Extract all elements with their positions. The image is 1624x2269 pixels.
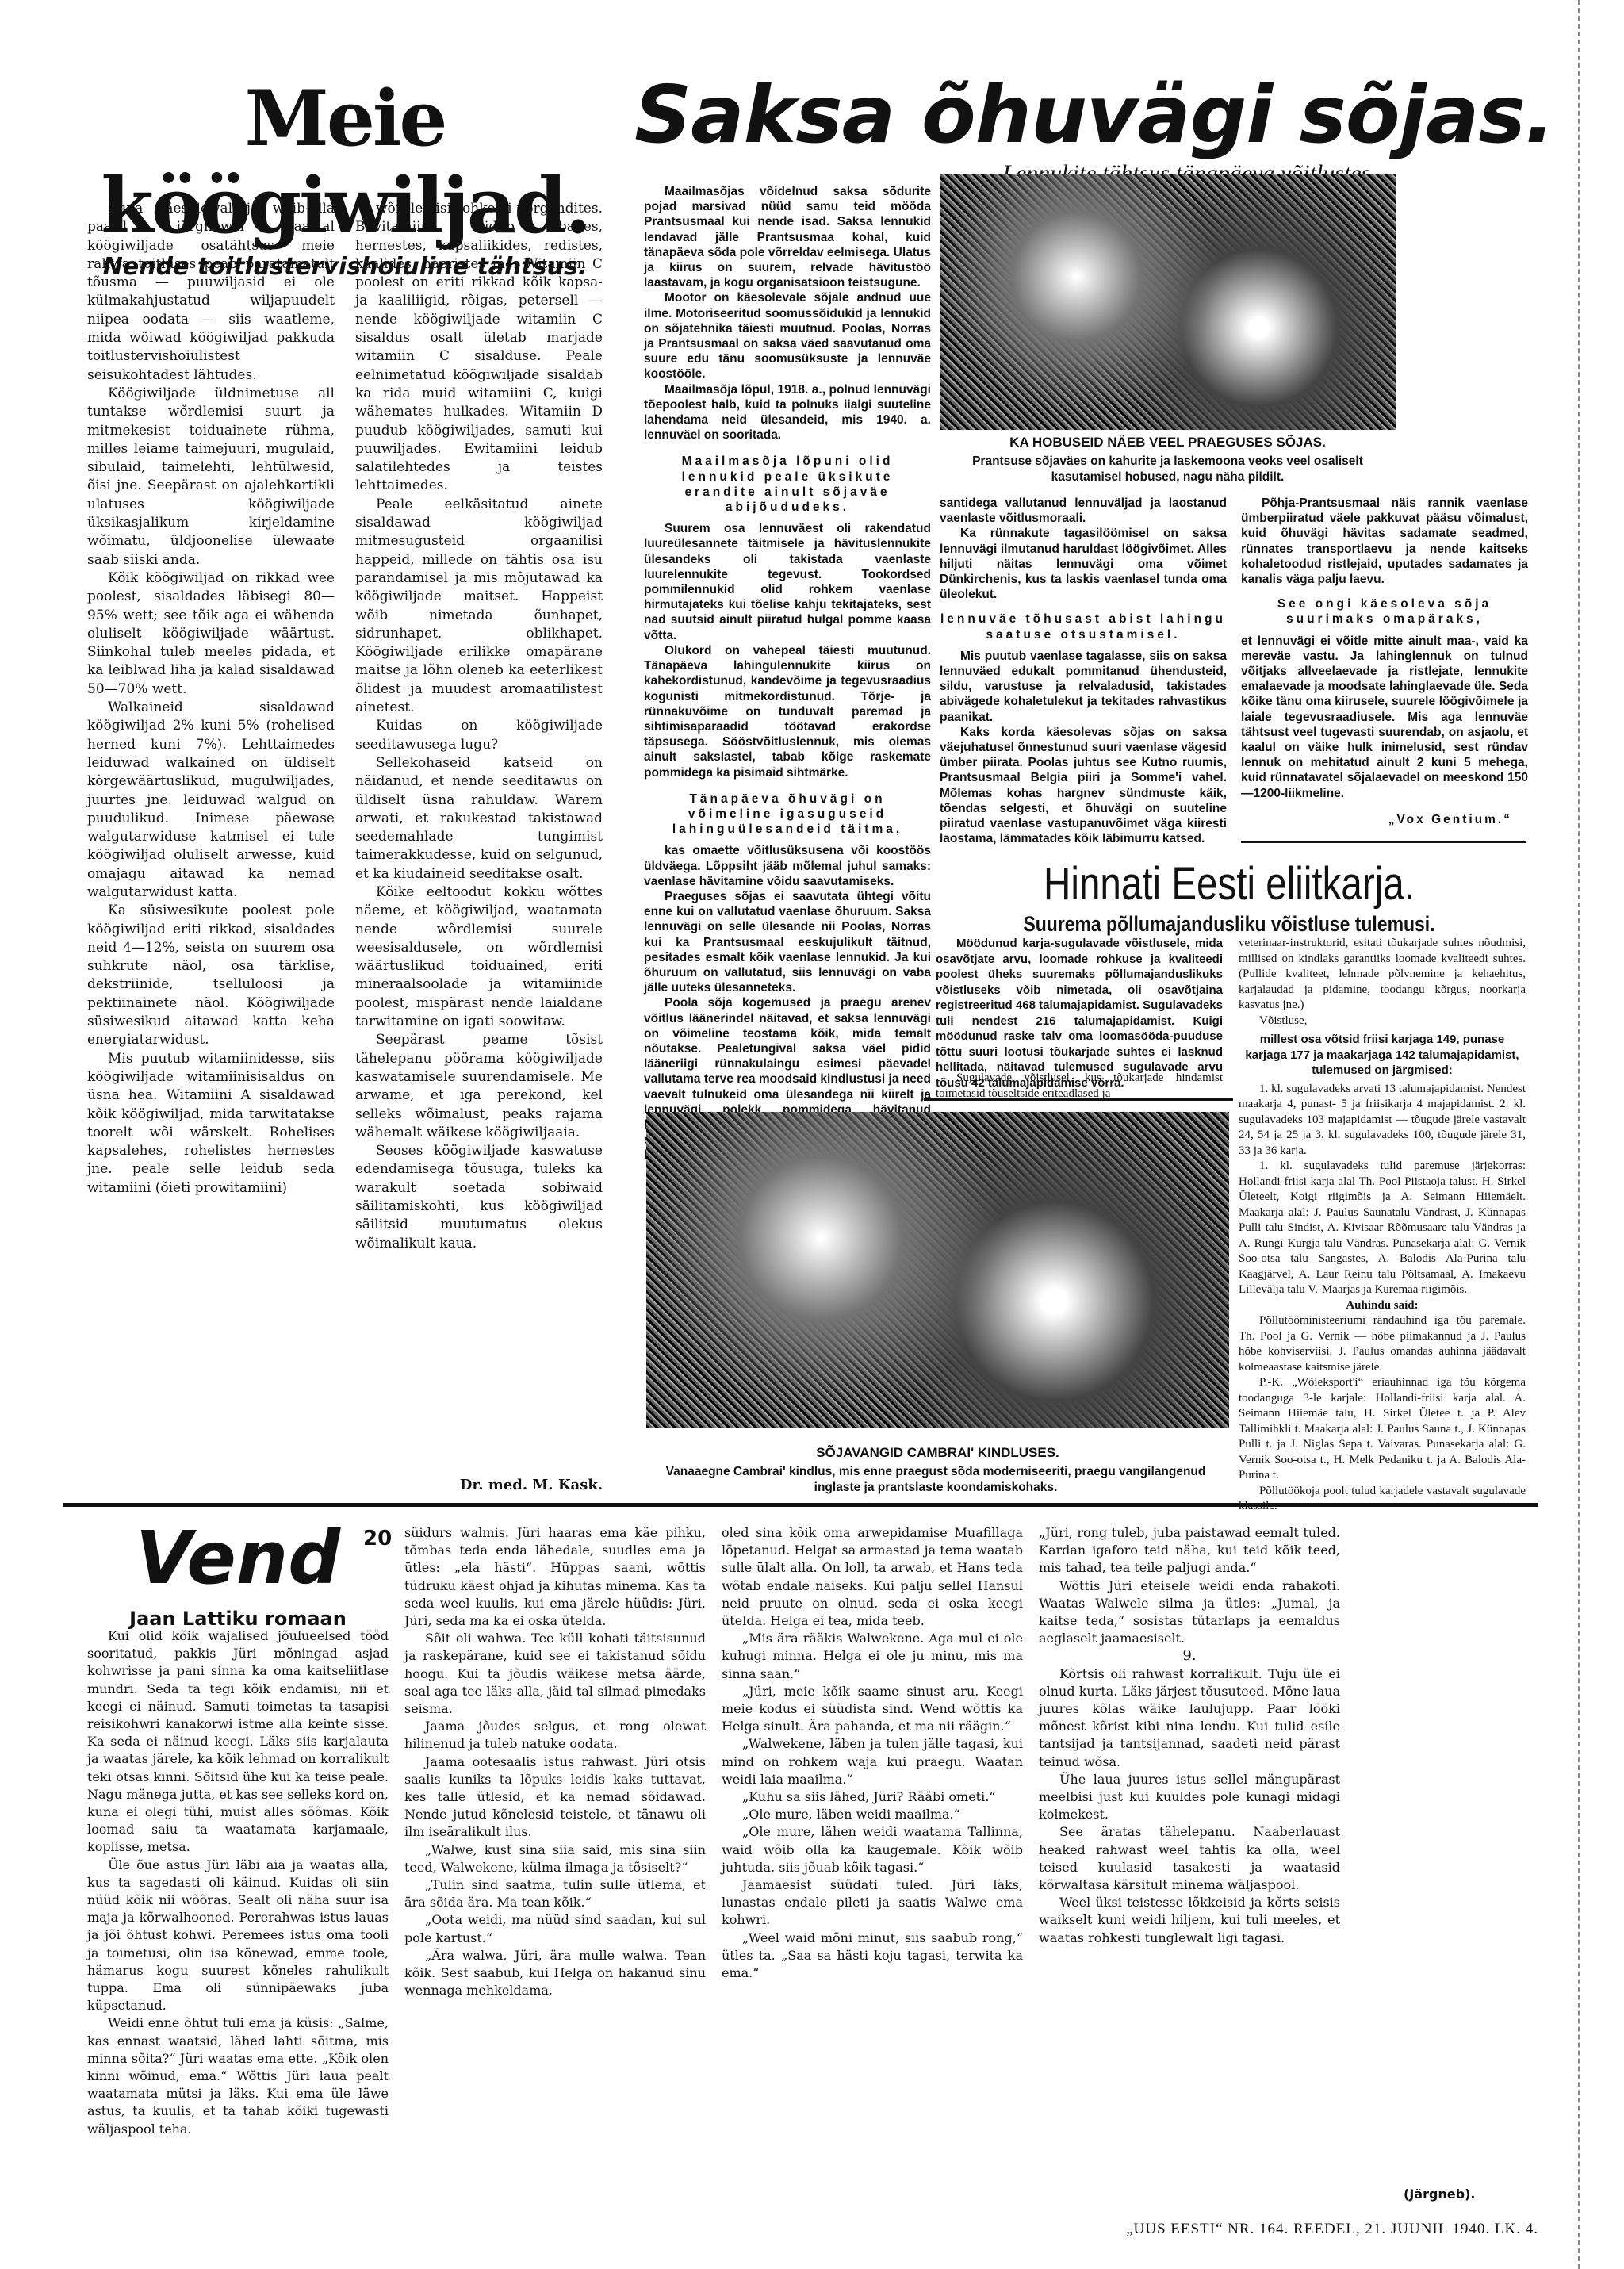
cattle-highlight: millest osa võtsid friisi karjaga 149, p…	[1243, 1032, 1521, 1079]
paragraph: „Weel waid mõni minut, siis saabub rong,…	[722, 1930, 1023, 1983]
divider-rule	[1241, 841, 1526, 843]
awards-heading: Auhindu said:	[1239, 1298, 1526, 1314]
cattle-column-2-text: veterinaar-instruktorid, esitati tõukarj…	[1239, 936, 1526, 1515]
paragraph: Mis puutub witamiinidesse, siis köögiwil…	[87, 1050, 335, 1198]
chapter-number: 9.	[1039, 1647, 1340, 1665]
paragraph: 1. kl. sugulavadeks arvati 13 talumajapi…	[1239, 1082, 1526, 1159]
paragraph: Kõik köögiwiljad on rikkad wee poolest, …	[87, 569, 335, 699]
paragraph: oled sina kõik oma arwepidamise Muafilla…	[722, 1524, 1023, 1630]
novel-column-4: „Jüri, rong tuleb, juba paistawad eemalt…	[1039, 1524, 1340, 1947]
paragraph: Weidi enne õhtut tuli ema ja küsis: „Sal…	[87, 2014, 389, 2137]
paragraph: Põhja-Prantsusmaal näis rannik vaenlase …	[1241, 496, 1528, 587]
paragraph: Ka süsiwesikute poolest pole köögiwiljad…	[87, 902, 335, 1049]
airforce-column-b: santidega vallutanud lennuväljad ja laos…	[940, 496, 1227, 846]
paragraph: „Walwe, kust sina siia said, mis sina si…	[404, 1842, 706, 1876]
vegetables-signature: Dr. med. M. Kask.	[444, 1477, 603, 1493]
paragraph: P.-K. „Wõieksport'i“ eriauhinnad iga tõu…	[1239, 1375, 1526, 1484]
paragraph: „Ära walwa, Jüri, ära mulle walwa. Tean …	[404, 1947, 706, 2000]
paragraph: Ka rünnakute tagasilöömisel on saksa len…	[940, 526, 1227, 602]
paragraph: Jaamaesist süüdati tuled. Jüri läks, lun…	[722, 1876, 1023, 1930]
paragraph: „Jüri, meie kõik saame sinust aru. Keegi…	[722, 1683, 1023, 1736]
divider-rule	[924, 1098, 1233, 1101]
paragraph: Sugulavade võistlusel, kus tõukarjade hi…	[936, 1071, 1223, 1102]
installment-number: 20	[363, 1527, 392, 1550]
paragraph: süidurs walmis. Jüri haaras ema käe pihk…	[404, 1524, 706, 1630]
paragraph: Üle õue astus Jüri läbi aia ja waatas al…	[87, 1857, 389, 2015]
novel-column-1: Kui olid kõik wajalised jõulueelsed tööd…	[87, 1627, 389, 2138]
paragraph: „Walwekene, läben ja tulen jälle tagasi,…	[722, 1735, 1023, 1788]
paragraph: Põllutööministeeriumi rändauhind iga tõu…	[1239, 1313, 1526, 1375]
paragraph: „Ole mure, lähen weidi waatama Tallinna,…	[722, 1823, 1023, 1876]
airforce-signature: „Vox Gentium.“	[1241, 812, 1512, 827]
paragraph: Weel üksi teistesse lõkkeisid ja kõrts s…	[1039, 1894, 1340, 1947]
novel-column-3: oled sina kõik oma arwepidamise Muafilla…	[722, 1524, 1023, 1982]
section-subheading: See ongi käesoleva sõja suurimaks omapär…	[1241, 596, 1528, 627]
novel-column-2: süidurs walmis. Jüri haaras ema käe pihk…	[404, 1524, 706, 1999]
section-subheading: lennuväe tõhusast abist lahingu saatuse …	[940, 611, 1227, 642]
paragraph: Peale eelkäsitatud ainete sisaldawad köö…	[355, 496, 603, 718]
paragraph: Jaama jõudes selgus, et rong olewat hili…	[404, 1718, 706, 1753]
paragraph: Põllutöökoja poolt tulud karjadele vasta…	[1239, 1484, 1526, 1515]
photo-horses-artillery	[940, 174, 1396, 430]
paragraph: Kui olid kõik wajalised jõulueelsed tööd…	[87, 1627, 389, 1857]
paragraph: Võistluse,	[1239, 1014, 1526, 1029]
paragraph: Möödunud karja-sugulavade võistlusele, m…	[936, 936, 1223, 1090]
paragraph: Jaama ootesaalis istus rahwast. Jüri ots…	[404, 1753, 706, 1842]
paragraph: Mis puutub vaenlase tagalasse, siis on s…	[940, 649, 1227, 725]
paragraph: Kõike eeltoodut kokku wõttes näeme, et k…	[355, 883, 603, 1031]
section-divider	[63, 1503, 1538, 1507]
photo-cambrai-fortress	[646, 1112, 1229, 1428]
section-subheading: Maailmasõja lõpuni olid lennukid peale ü…	[644, 454, 931, 515]
novel-title: Vend	[87, 1519, 389, 1598]
paragraph: Maailmasõja lõpul, 1918. a., polnud lenn…	[644, 382, 931, 443]
paragraph: kas omaette võitlusüksusena või koostöös…	[644, 843, 931, 889]
paragraph: Maailmasõjas võidelnud saksa sõdurite po…	[644, 184, 931, 290]
paragraph: Sellekohaseid katseid on näidanud, et ne…	[355, 754, 603, 883]
airforce-column-c: Põhja-Prantsusmaal näis rannik vaenlase …	[1241, 496, 1528, 827]
photo-caption-text: Prantsuse sõjaväes on kahurite ja laskem…	[959, 454, 1376, 485]
photo-caption-title: KA HOBUSEID NÄEB VEEL PRAEGUSES SÕJAS.	[940, 435, 1396, 450]
paragraph: Seepärast peame tõsist tähelepanu pööram…	[355, 1031, 603, 1142]
page-footer: „UUS EESTI“ NR. 164. REEDEL, 21. JUUNIL …	[1031, 2221, 1538, 2238]
paragraph: Olukord on vahepeal täiesti muutunud. Tä…	[644, 643, 931, 780]
paragraph: Sõit oli wahwa. Tee küll kohati täitsisu…	[404, 1630, 706, 1718]
paragraph: „Mis ära rääkis Walwekene. Aga mul ei ol…	[722, 1630, 1023, 1683]
paragraph: Kuna käesolewal ja wõib-olla paaril järg…	[87, 200, 335, 385]
paragraph: Ühe laua juures istus sellel mängupärast…	[1039, 1771, 1340, 1824]
paragraph: wõrdlemisi rohkesti porgandites. B-witam…	[355, 200, 603, 496]
article-title: Saksa õhuvägi sõjas.	[634, 71, 1554, 159]
section-subheading: Tänapäeva õhuvägi on võimeline igasuguse…	[644, 791, 931, 837]
paragraph: „Oota weidi, ma nüüd sind saadan, kui su…	[404, 1911, 706, 1946]
paragraph: veterinaar-instruktorid, esitati tõukarj…	[1239, 936, 1526, 1014]
margin-line	[1578, 0, 1580, 2269]
cattle-column-1: Möödunud karja-sugulavade võistlusele, m…	[936, 936, 1223, 1090]
article-subtitle: Suurema põllumajandusliku võistluse tule…	[970, 912, 1489, 937]
paragraph: „Ole mure, läben weidi maailma.“	[722, 1806, 1023, 1823]
paragraph: 1. kl. sugulavadeks tulid paremuse järje…	[1239, 1159, 1526, 1298]
photo-caption-text: Vanaaegne Cambrai' kindlus, mis enne pra…	[658, 1464, 1213, 1496]
photo-caption-title: SÕJAVANGID CAMBRAI' KINDLUSES.	[646, 1445, 1229, 1461]
continues-note: (Järgneb).	[1404, 2187, 1476, 2202]
paragraph: Suurem osa lennuväest oli rakendatud luu…	[644, 521, 931, 643]
paragraph: Walkaineid sisaldawad köögiwiljad 2% kun…	[87, 699, 335, 902]
paragraph: Wõttis Jüri eteisele weidi enda rahakoti…	[1039, 1577, 1340, 1648]
paragraph: Praeguses sõjas ei saavutata ühtegi võit…	[644, 889, 931, 995]
paragraph: „Kuhu sa siis lähed, Jüri? Rääbi ometi.“	[722, 1788, 1023, 1806]
paragraph: See äratas tähelepanu. Naaberlauast heak…	[1039, 1823, 1340, 1894]
article-airforce-header: Saksa õhuvägi sõjas. Lennukite tähtsus t…	[634, 71, 1554, 187]
paragraph: Kuidas on köögiwiljade seeditawusega lug…	[355, 717, 603, 754]
paragraph: Seoses köögiwiljade kaswatuse edendamise…	[355, 1142, 603, 1253]
vegetables-column-1: Kuna käesolewal ja wõib-olla paaril järg…	[87, 200, 335, 1198]
paragraph: „Jüri, rong tuleb, juba paistawad eemalt…	[1039, 1524, 1340, 1577]
serial-novel-header: Vend Jaan Lattiku romaan	[87, 1519, 389, 1630]
article-cattle-header: Hinnati Eesti eliitkarja. Suurema põllum…	[924, 857, 1534, 937]
article-title: Hinnati Eesti eliitkarja.	[979, 857, 1479, 912]
paragraph: Mootor on käesolevale sõjale andnud uue …	[644, 290, 931, 381]
vegetables-column-2: wõrdlemisi rohkesti porgandites. B-witam…	[355, 200, 603, 1253]
paragraph: santidega vallutanud lennuväljad ja laos…	[940, 496, 1227, 526]
cattle-column-1b: Sugulavade võistlusel, kus tõukarjade hi…	[936, 1071, 1223, 1102]
airforce-intro-column: Maailmasõjas võidelnud saksa sõdurite po…	[644, 184, 931, 1163]
paragraph: „Tulin sind saatma, tulin sulle ütlema, …	[404, 1876, 706, 1911]
novel-subtitle: Jaan Lattiku romaan	[87, 1608, 389, 1630]
paragraph: Kaks korda käesolevas sõjas on saksa väe…	[940, 725, 1227, 847]
paragraph: et lennuvägi ei võitle mitte ainult maa-…	[1241, 634, 1528, 801]
paragraph: Kõrtsis oli rahwast korralikult. Tuju ül…	[1039, 1665, 1340, 1771]
paragraph: Köögiwiljade üldnimetuse all tuntakse wõ…	[87, 385, 335, 569]
